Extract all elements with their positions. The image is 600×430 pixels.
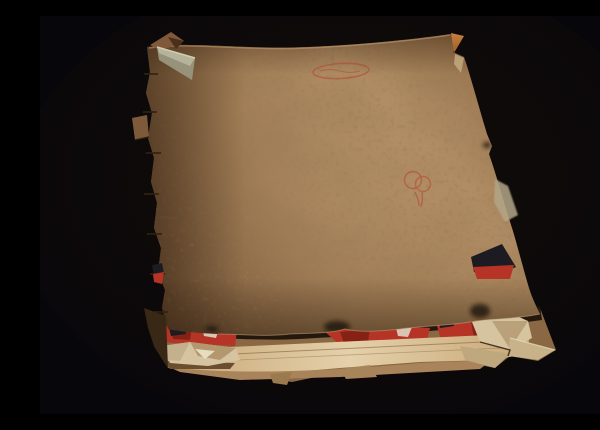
book-photo-canvas bbox=[40, 16, 600, 414]
photo-antique-book: Weathered antique book with a stained ta… bbox=[40, 16, 600, 414]
spine-tab bbox=[132, 115, 149, 140]
